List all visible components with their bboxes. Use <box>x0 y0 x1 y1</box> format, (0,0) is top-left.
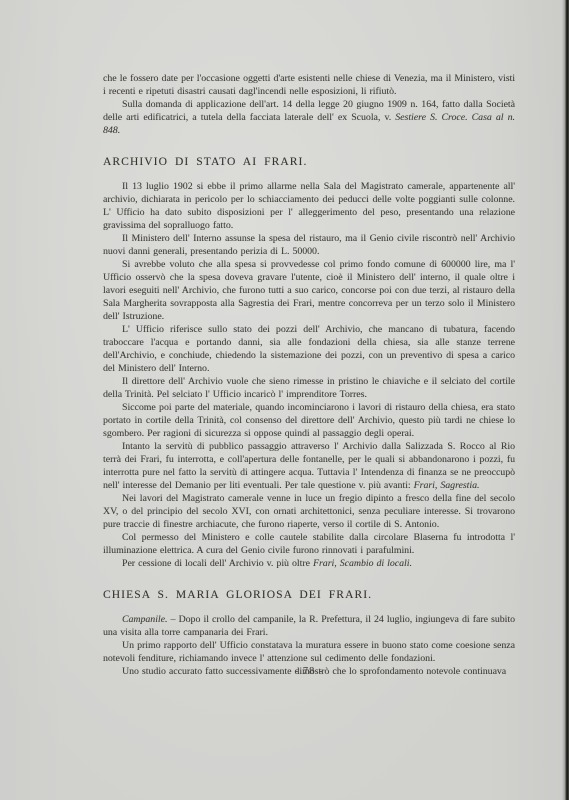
paragraph: Per cessione di locali dell' Archivio v.… <box>103 557 515 570</box>
paragraph: L' Ufficio riferisce sullo stato dei poz… <box>103 323 515 375</box>
paragraph: Il 13 luglio 1902 si ebbe il primo allar… <box>103 180 515 232</box>
text-run: Il Ministero dell' Interno assunse la sp… <box>103 233 515 257</box>
text-run: che le fossero date per l'occasione ogge… <box>103 73 515 97</box>
italic-text-run: Campanile. <box>122 614 167 625</box>
text-run: Si avrebbe voluto che alla spesa si prov… <box>103 259 515 322</box>
paragraph: Siccome poi parte del materiale, quando … <box>103 401 515 440</box>
paragraph: Il direttore dell' Archivio vuole che si… <box>103 375 515 401</box>
document-body: che le fossero date per l'occasione ogge… <box>103 72 515 678</box>
paragraph: Si avrebbe voluto che alla spesa si prov… <box>103 258 515 323</box>
paragraph: che le fossero date per l'occasione ogge… <box>103 72 515 98</box>
text-run: Nei lavori del Magistrato camerale venne… <box>103 493 515 530</box>
paragraph: Un primo rapporto dell' Ufficio constata… <box>103 639 515 665</box>
text-run: Col permesso del Ministero e colle caute… <box>103 532 515 556</box>
paragraph: Col permesso del Ministero e colle caute… <box>103 531 515 557</box>
text-run: Siccome poi parte del materiale, quando … <box>103 402 515 439</box>
paragraph: Campanile. – Dopo il crollo del campanil… <box>103 613 515 639</box>
italic-text-run: Frari, Scambio di locali. <box>313 558 412 569</box>
paragraph: Intanto la servitù di pubblico passaggio… <box>103 440 515 492</box>
italic-text-run: Frari, Sagrestia. <box>414 480 480 491</box>
text-run: Il direttore dell' Archivio vuole che si… <box>103 376 515 400</box>
scanned-book-page: che le fossero date per l'occasione ogge… <box>0 0 569 800</box>
section-heading: CHIESA S. MARIA GLORIOSA DEI FRARI. <box>103 589 515 602</box>
text-run: L' Ufficio riferisce sullo stato dei poz… <box>103 324 515 374</box>
paragraph: Il Ministero dell' Interno assunse la sp… <box>103 232 515 258</box>
page-number: - 78 - <box>103 666 515 677</box>
text-run: Un primo rapporto dell' Ufficio constata… <box>103 640 515 664</box>
paragraph: Nei lavori del Magistrato camerale venne… <box>103 492 515 531</box>
text-run: Per cessione di locali dell' Archivio v.… <box>122 558 313 569</box>
paragraph: Sulla domanda di applicazione dell'art. … <box>103 98 515 137</box>
section-heading: ARCHIVIO DI STATO AI FRARI. <box>103 156 515 169</box>
page-edge-shadow <box>562 0 569 800</box>
text-run: Il 13 luglio 1902 si ebbe il primo allar… <box>103 181 515 231</box>
